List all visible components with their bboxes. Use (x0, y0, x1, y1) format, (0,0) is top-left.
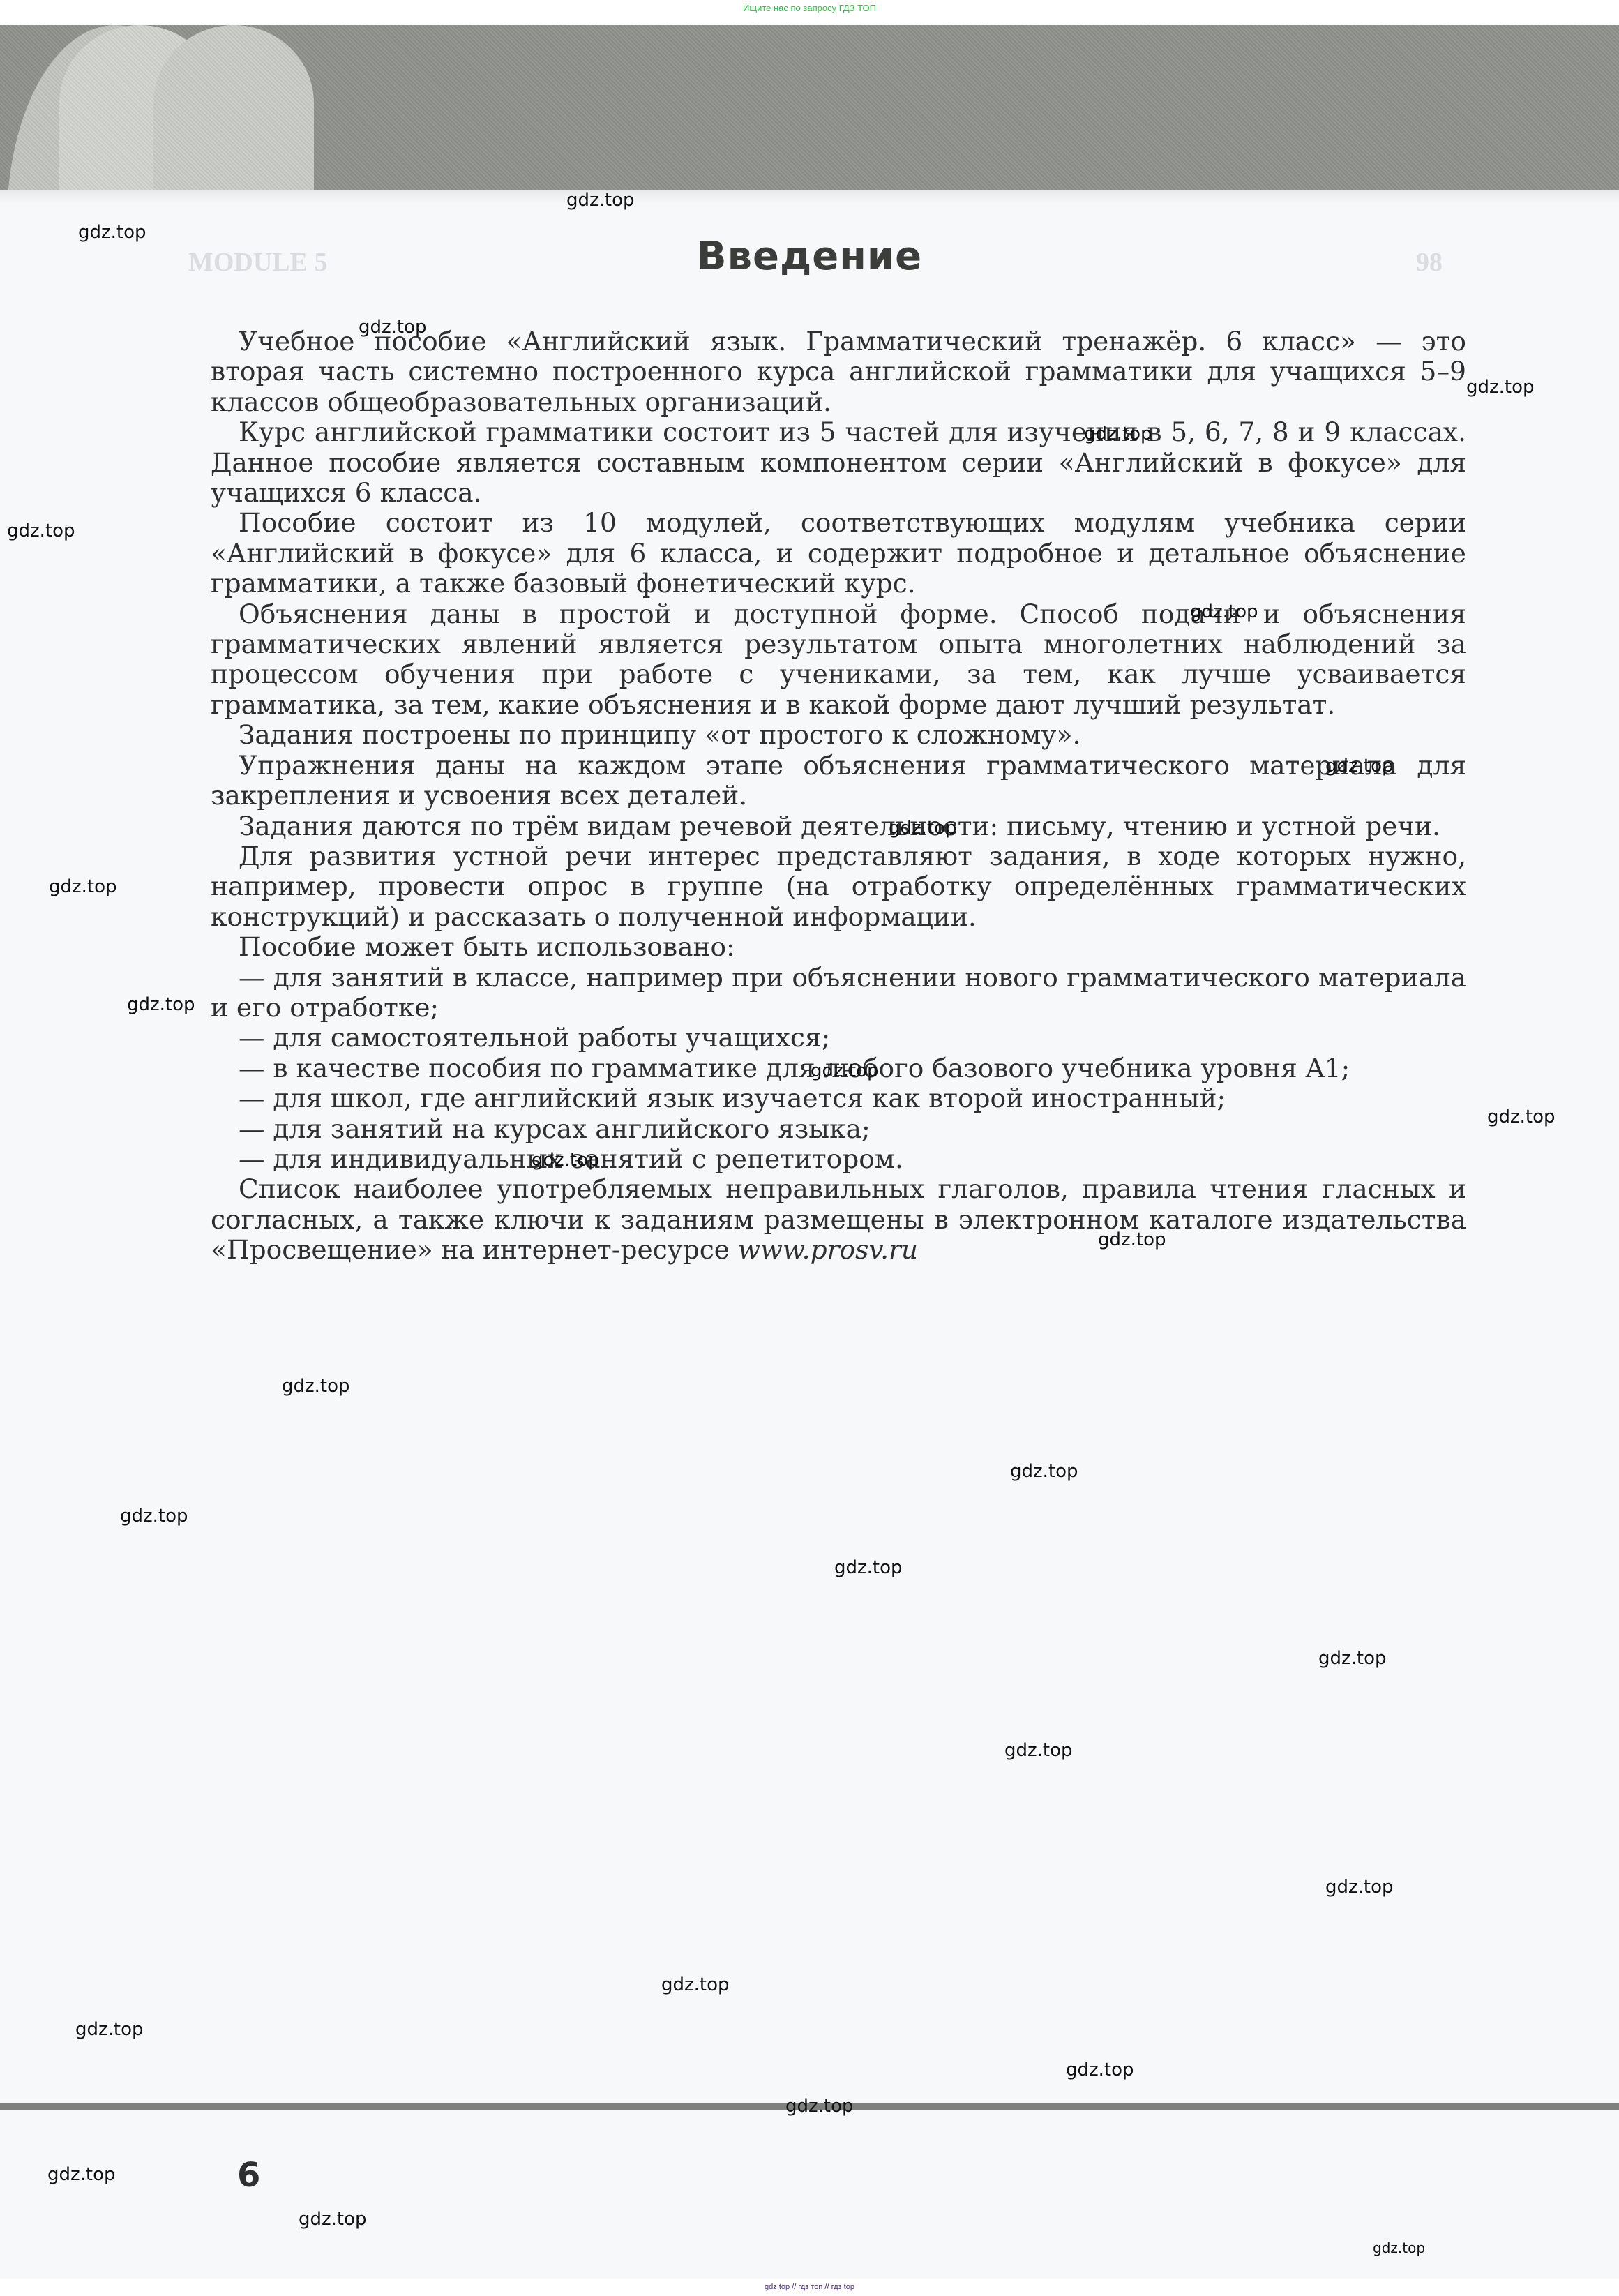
watermark: gdz.top (1318, 1648, 1387, 1669)
watermark: gdz.top (299, 2209, 367, 2230)
publisher-url-link[interactable]: www.prosv.ru (738, 1234, 918, 1265)
watermark: gdz.top (1373, 2239, 1425, 2256)
watermark: gdz.top (1010, 1461, 1078, 1482)
watermark: gdz.top (661, 1974, 730, 1995)
watermark: gdz.top (120, 1506, 188, 1526)
usage-list-item: — для занятий в классе, например при объ… (211, 963, 1466, 1023)
watermark: gdz.top (75, 2019, 144, 2040)
paragraph: Учебное пособие «Английский язык. Грамма… (211, 327, 1466, 417)
watermark: gdz.top (1325, 1877, 1394, 1898)
paragraph: Задания построены по принципу «от просто… (211, 720, 1466, 750)
watermark: gdz.top (127, 994, 195, 1015)
bottom-banner-text: gdz top // гдз топ // гдз top (765, 2283, 854, 2291)
watermark: gdz.top (889, 818, 957, 839)
watermark: gdz.top (1066, 2059, 1134, 2080)
closing-paragraph: Список наиболее употребляемых неправильн… (211, 1174, 1466, 1265)
intro-body: Учебное пособие «Английский язык. Грамма… (211, 327, 1466, 1266)
usage-list-item: — для индивидуальных занятий с репетитор… (211, 1144, 1466, 1174)
watermark: gdz.top (1190, 601, 1258, 622)
usage-list-item: — для школ, где английский язык изучаетс… (211, 1083, 1466, 1113)
usage-list-item: — для самостоятельной работы учащихся; (211, 1023, 1466, 1053)
watermark: gdz.top (47, 2164, 116, 2185)
watermark: gdz.top (1098, 1229, 1166, 1250)
watermark: gdz.top (1487, 1106, 1556, 1127)
watermark: gdz.top (1466, 377, 1535, 398)
header-decoration (0, 25, 1619, 190)
watermark: gdz.top (811, 1060, 879, 1081)
paragraph: Пособие состоит из 10 модулей, соответст… (211, 508, 1466, 599)
paragraph: Задания даются по трём видам речевой дея… (211, 811, 1466, 841)
usage-list-item: — для занятий на курсах английского язык… (211, 1114, 1466, 1144)
watermark: gdz.top (834, 1557, 903, 1578)
watermark: gdz.top (785, 2096, 854, 2117)
watermark: gdz.top (566, 190, 635, 211)
watermark: gdz.top (1325, 756, 1394, 776)
watermark: gdz.top (282, 1376, 350, 1397)
top-banner: Ищите нас по запросу ГДЗ ТОП (0, 0, 1619, 25)
page-title: Введение (0, 234, 1619, 279)
paragraph: Пособие может быть использовано: (211, 932, 1466, 962)
watermark: gdz.top (49, 876, 117, 897)
bottom-banner: gdz top // гдз топ // гдз top (0, 2279, 1619, 2296)
paragraph: Курс английской грамматики состоит из 5 … (211, 417, 1466, 508)
watermark: gdz.top (1084, 423, 1152, 444)
paragraph: Упражнения даны на каждом этапе объяснен… (211, 751, 1466, 811)
petal-shape-icon (153, 25, 314, 190)
watermark: gdz.top (78, 222, 146, 243)
paragraph: Для развития устной речи интерес предста… (211, 841, 1466, 932)
header-shadow (0, 190, 1619, 204)
paragraph: Объяснения даны в простой и доступной фо… (211, 599, 1466, 721)
watermark: gdz.top (532, 1150, 600, 1171)
top-banner-text: Ищите нас по запросу ГДЗ ТОП (743, 3, 876, 13)
watermark: gdz.top (1004, 1740, 1073, 1761)
watermark: gdz.top (7, 520, 75, 541)
watermark: gdz.top (359, 317, 427, 338)
page-number: 6 (237, 2156, 260, 2195)
